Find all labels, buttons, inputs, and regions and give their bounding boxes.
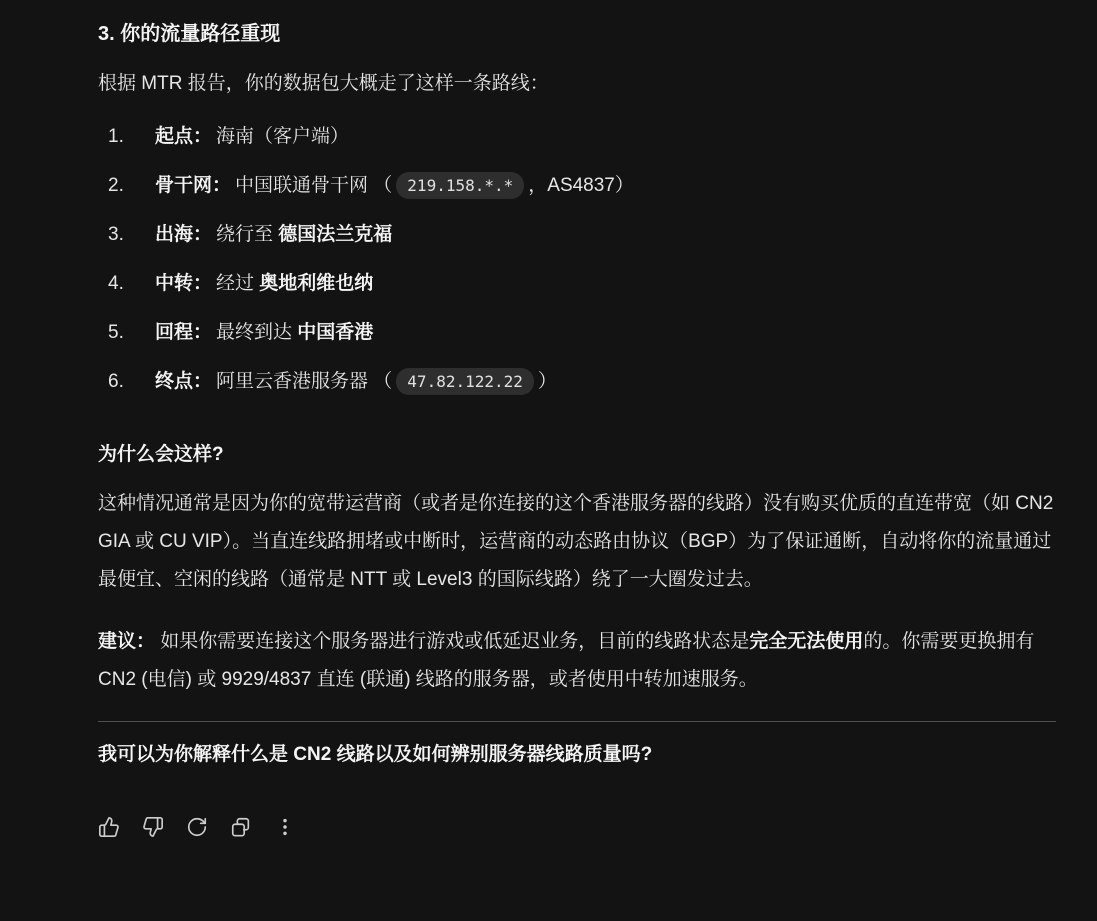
list-item-text: 绕行至 (216, 224, 278, 245)
advice-bold: 完全无法使用 (749, 631, 863, 652)
list-marker: 5. (108, 314, 136, 352)
list-item-tail: ，AS4837） (528, 175, 634, 196)
thumbs-up-button[interactable] (98, 816, 120, 838)
copy-icon (230, 816, 252, 838)
advice-label: 建议： (98, 631, 155, 652)
list-item: 1.起点：海南（客户端） (98, 118, 1056, 156)
thumbs-down-icon (142, 816, 164, 838)
inline-code: 47.82.122.22 (396, 368, 534, 395)
list-item-text: 海南（客户端） (216, 126, 349, 147)
list-item-tail: ） (538, 371, 557, 392)
retry-icon (186, 816, 208, 838)
inline-code: 219.158.*.* (396, 172, 524, 199)
advice-text-before: 如果你需要连接这个服务器进行游戏或低延迟业务，目前的线路状态是 (160, 631, 749, 652)
message-action-toolbar (98, 816, 1056, 838)
list-item-label: 出海： (155, 224, 212, 245)
list-item-bold: 中国香港 (297, 322, 373, 343)
list-marker: 1. (108, 118, 136, 156)
list-item-text: 中国联通骨干网 （ (235, 175, 392, 196)
list-marker: 4. (108, 265, 136, 303)
list-item-text: 最终到达 (216, 322, 297, 343)
list-item-label: 起点： (155, 126, 212, 147)
why-heading: 为什么会这样? (98, 441, 1056, 469)
advice-paragraph: 建议： 如果你需要连接这个服务器进行游戏或低延迟业务，目前的线路状态是完全无法使… (98, 623, 1056, 699)
route-list: 1.起点：海南（客户端） 2.骨干网：中国联通骨干网 （219.158.*.*，… (98, 118, 1056, 401)
message-divider (98, 721, 1056, 722)
followup-question: 我可以为你解释什么是 CN2 线路以及如何辨别服务器线路质量吗? (98, 736, 1056, 774)
more-options-button[interactable] (274, 816, 296, 838)
list-item: 4.中转：经过 奥地利维也纳 (98, 265, 1056, 303)
list-item-bold: 奥地利维也纳 (259, 273, 373, 294)
list-item-text: 阿里云香港服务器 （ (216, 371, 392, 392)
list-item: 3.出海：绕行至 德国法兰克福 (98, 216, 1056, 254)
list-item-label: 终点： (155, 371, 212, 392)
list-item: 2.骨干网：中国联通骨干网 （219.158.*.*，AS4837） (98, 167, 1056, 205)
list-item-bold: 德国法兰克福 (278, 224, 392, 245)
why-paragraph: 这种情况通常是因为你的宽带运营商（或者是你连接的这个香港服务器的线路）没有购买优… (98, 485, 1056, 599)
copy-button[interactable] (230, 816, 252, 838)
section-title: 3. 你的流量路径重现 (98, 20, 1056, 48)
list-marker: 6. (108, 363, 136, 401)
list-marker: 3. (108, 216, 136, 254)
list-item-label: 骨干网： (155, 175, 231, 196)
assistant-message: 3. 你的流量路径重现 根据 MTR 报告，你的数据包大概走了这样一条路线： 1… (98, 20, 1056, 838)
list-item: 6.终点：阿里云香港服务器 （47.82.122.22） (98, 363, 1056, 401)
thumbs-up-icon (98, 816, 120, 838)
thumbs-down-button[interactable] (142, 816, 164, 838)
more-options-icon (274, 816, 296, 838)
list-item-label: 回程： (155, 322, 212, 343)
intro-paragraph: 根据 MTR 报告，你的数据包大概走了这样一条路线： (98, 65, 1056, 103)
retry-button[interactable] (186, 816, 208, 838)
list-item-text: 经过 (216, 273, 259, 294)
list-item: 5.回程：最终到达 中国香港 (98, 314, 1056, 352)
list-item-label: 中转： (155, 273, 212, 294)
list-marker: 2. (108, 167, 136, 205)
